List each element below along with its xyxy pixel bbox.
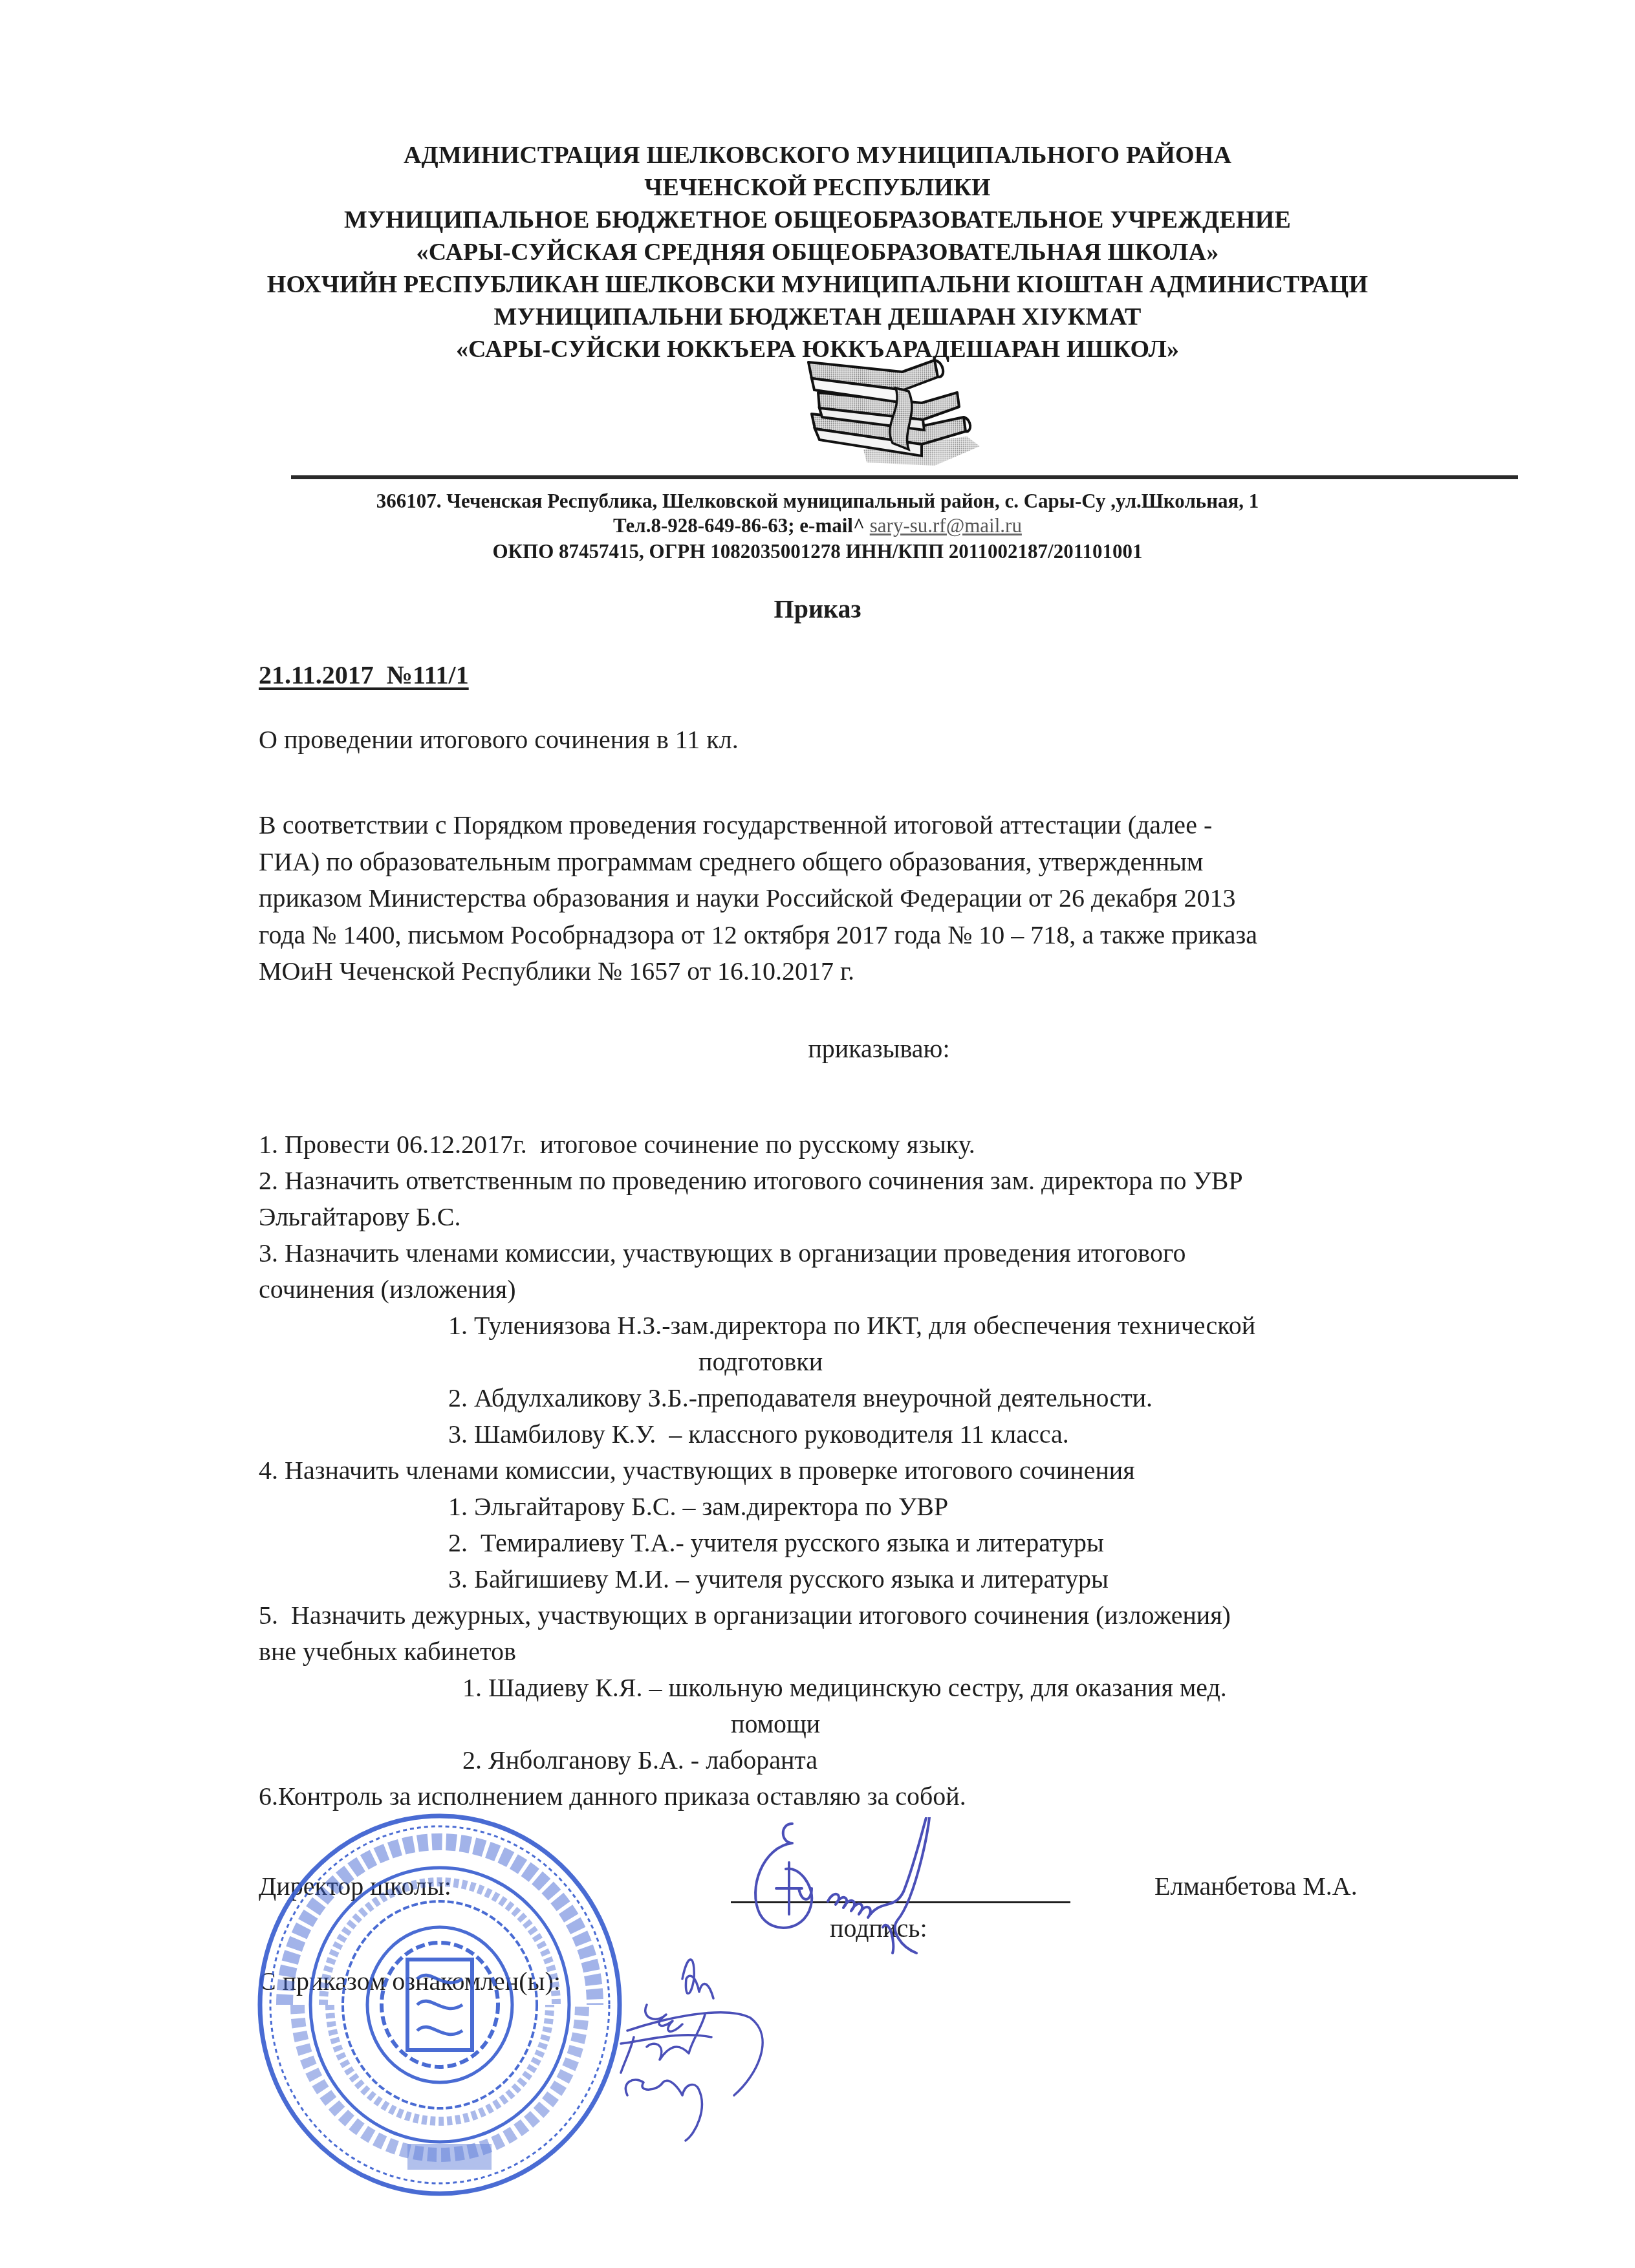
letterhead-line-4: «САРЫ-СУЙСКАЯ СРЕДНЯЯ ОБЩЕОБРАЗОВАТЕЛЬНА…: [0, 235, 1635, 269]
phone-label: Тел.8-928-649-86-63; e-mail^: [613, 514, 870, 537]
order-item-2: 2. Назначить ответственным по проведению…: [259, 1163, 1552, 1199]
order-subitem: 1. Шадиеву К.Я. – школьную медицинскую с…: [259, 1670, 1552, 1706]
order-item-2-cont: Эльгайтарову Б.С.: [259, 1199, 1552, 1235]
order-item-5: 5. Назначить дежурных, участвующих в орг…: [259, 1597, 1552, 1634]
order-item-5-cont: вне учебных кабинетов: [259, 1634, 1552, 1670]
letterhead-line-2: ЧЕЧЕНСКОЙ РЕСПУБЛИКИ: [0, 171, 1635, 204]
order-items: 1. Провести 06.12.2017г. итоговое сочине…: [259, 1127, 1552, 1815]
order-subitem: 1. Эльгайтарову Б.С. – зам.директора по …: [259, 1489, 1552, 1525]
official-stamp-icon: [252, 1811, 634, 2205]
order-item-6: 6.Контроль за исполнением данного приказ…: [259, 1778, 1552, 1815]
contact-line: Тел.8-928-649-86-63; e-mail^ sary-su.rf@…: [0, 513, 1635, 538]
email-link[interactable]: sary-su.rf@mail.ru: [870, 514, 1022, 537]
letterhead-line-1: АДМИНИСТРАЦИЯ ШЕЛКОВСКОГО МУНИЦИПАЛЬНОГО…: [0, 138, 1635, 172]
order-date-number: 21.11.2017 №111/1: [259, 660, 469, 690]
order-item-4: 4. Назначить членами комиссии, участвующ…: [259, 1453, 1552, 1489]
decree-word: приказываю:: [0, 1033, 1635, 1064]
order-subitem-cont: помощи: [259, 1706, 1552, 1742]
order-item-3-cont: сочинения (изложения): [259, 1271, 1552, 1308]
order-subitem: 2. Янболганову Б.А. - лаборанта: [259, 1742, 1552, 1778]
preamble-line: В соответствии с Порядком проведения гос…: [259, 807, 1526, 844]
director-name: Елманбетова М.А.: [1154, 1871, 1358, 1901]
order-subitem: 3. Байгишиеву М.И. – учителя русского яз…: [259, 1561, 1552, 1597]
preamble-line: приказом Министерства образования и наук…: [259, 880, 1526, 917]
order-subitem: 3. Шамбилову К.У. – классного руководите…: [259, 1416, 1552, 1453]
order-subitem: 2. Темиралиеву Т.А.- учителя русского яз…: [259, 1525, 1552, 1561]
order-subitem: 2. Абдулхаликову З.Б.-преподавателя внеу…: [259, 1380, 1552, 1416]
document-title: Приказ: [0, 594, 1635, 624]
acknowledgement-signatures-icon: [595, 1934, 789, 2154]
preamble-paragraph: В соответствии с Порядком проведения гос…: [259, 807, 1526, 990]
preamble-line: года № 1400, письмом Рособрнадзора от 12…: [259, 917, 1526, 954]
preamble-line: ГИА) по образовательным программам средн…: [259, 844, 1526, 881]
letterhead-line-6: МУНИЦИПАЛЬНИ БЮДЖЕТАН ДЕШАРАН ХIУКМАТ: [0, 300, 1635, 334]
preamble-line: МОиН Чеченской Республики № 1657 от 16.1…: [259, 953, 1526, 990]
letterhead-divider: [291, 475, 1518, 479]
letterhead-line-5: НОХЧИЙН РЕСПУБЛИКАН ШЕЛКОВСКИ МУНИЦИПАЛЬ…: [0, 268, 1635, 301]
order-subitem-cont: подготовки: [259, 1344, 1552, 1380]
books-stack-icon: [805, 352, 990, 466]
order-subject: О проведении итогового сочинения в 11 кл…: [259, 724, 739, 755]
registry-codes: ОКПО 87457415, ОГРН 1082035001278 ИНН/КП…: [0, 539, 1635, 564]
order-subitem: 1. Тулениязова Н.З.-зам.директора по ИКТ…: [259, 1308, 1552, 1344]
order-item-1: 1. Провести 06.12.2017г. итоговое сочине…: [259, 1127, 1552, 1163]
school-address: 366107. Чеченская Республика, Шелковской…: [0, 489, 1635, 513]
letterhead-line-3: МУНИЦИПАЛЬНОЕ БЮДЖЕТНОЕ ОБЩЕОБРАЗОВАТЕЛЬ…: [0, 203, 1635, 237]
order-item-3: 3. Назначить членами комиссии, участвующ…: [259, 1235, 1552, 1271]
